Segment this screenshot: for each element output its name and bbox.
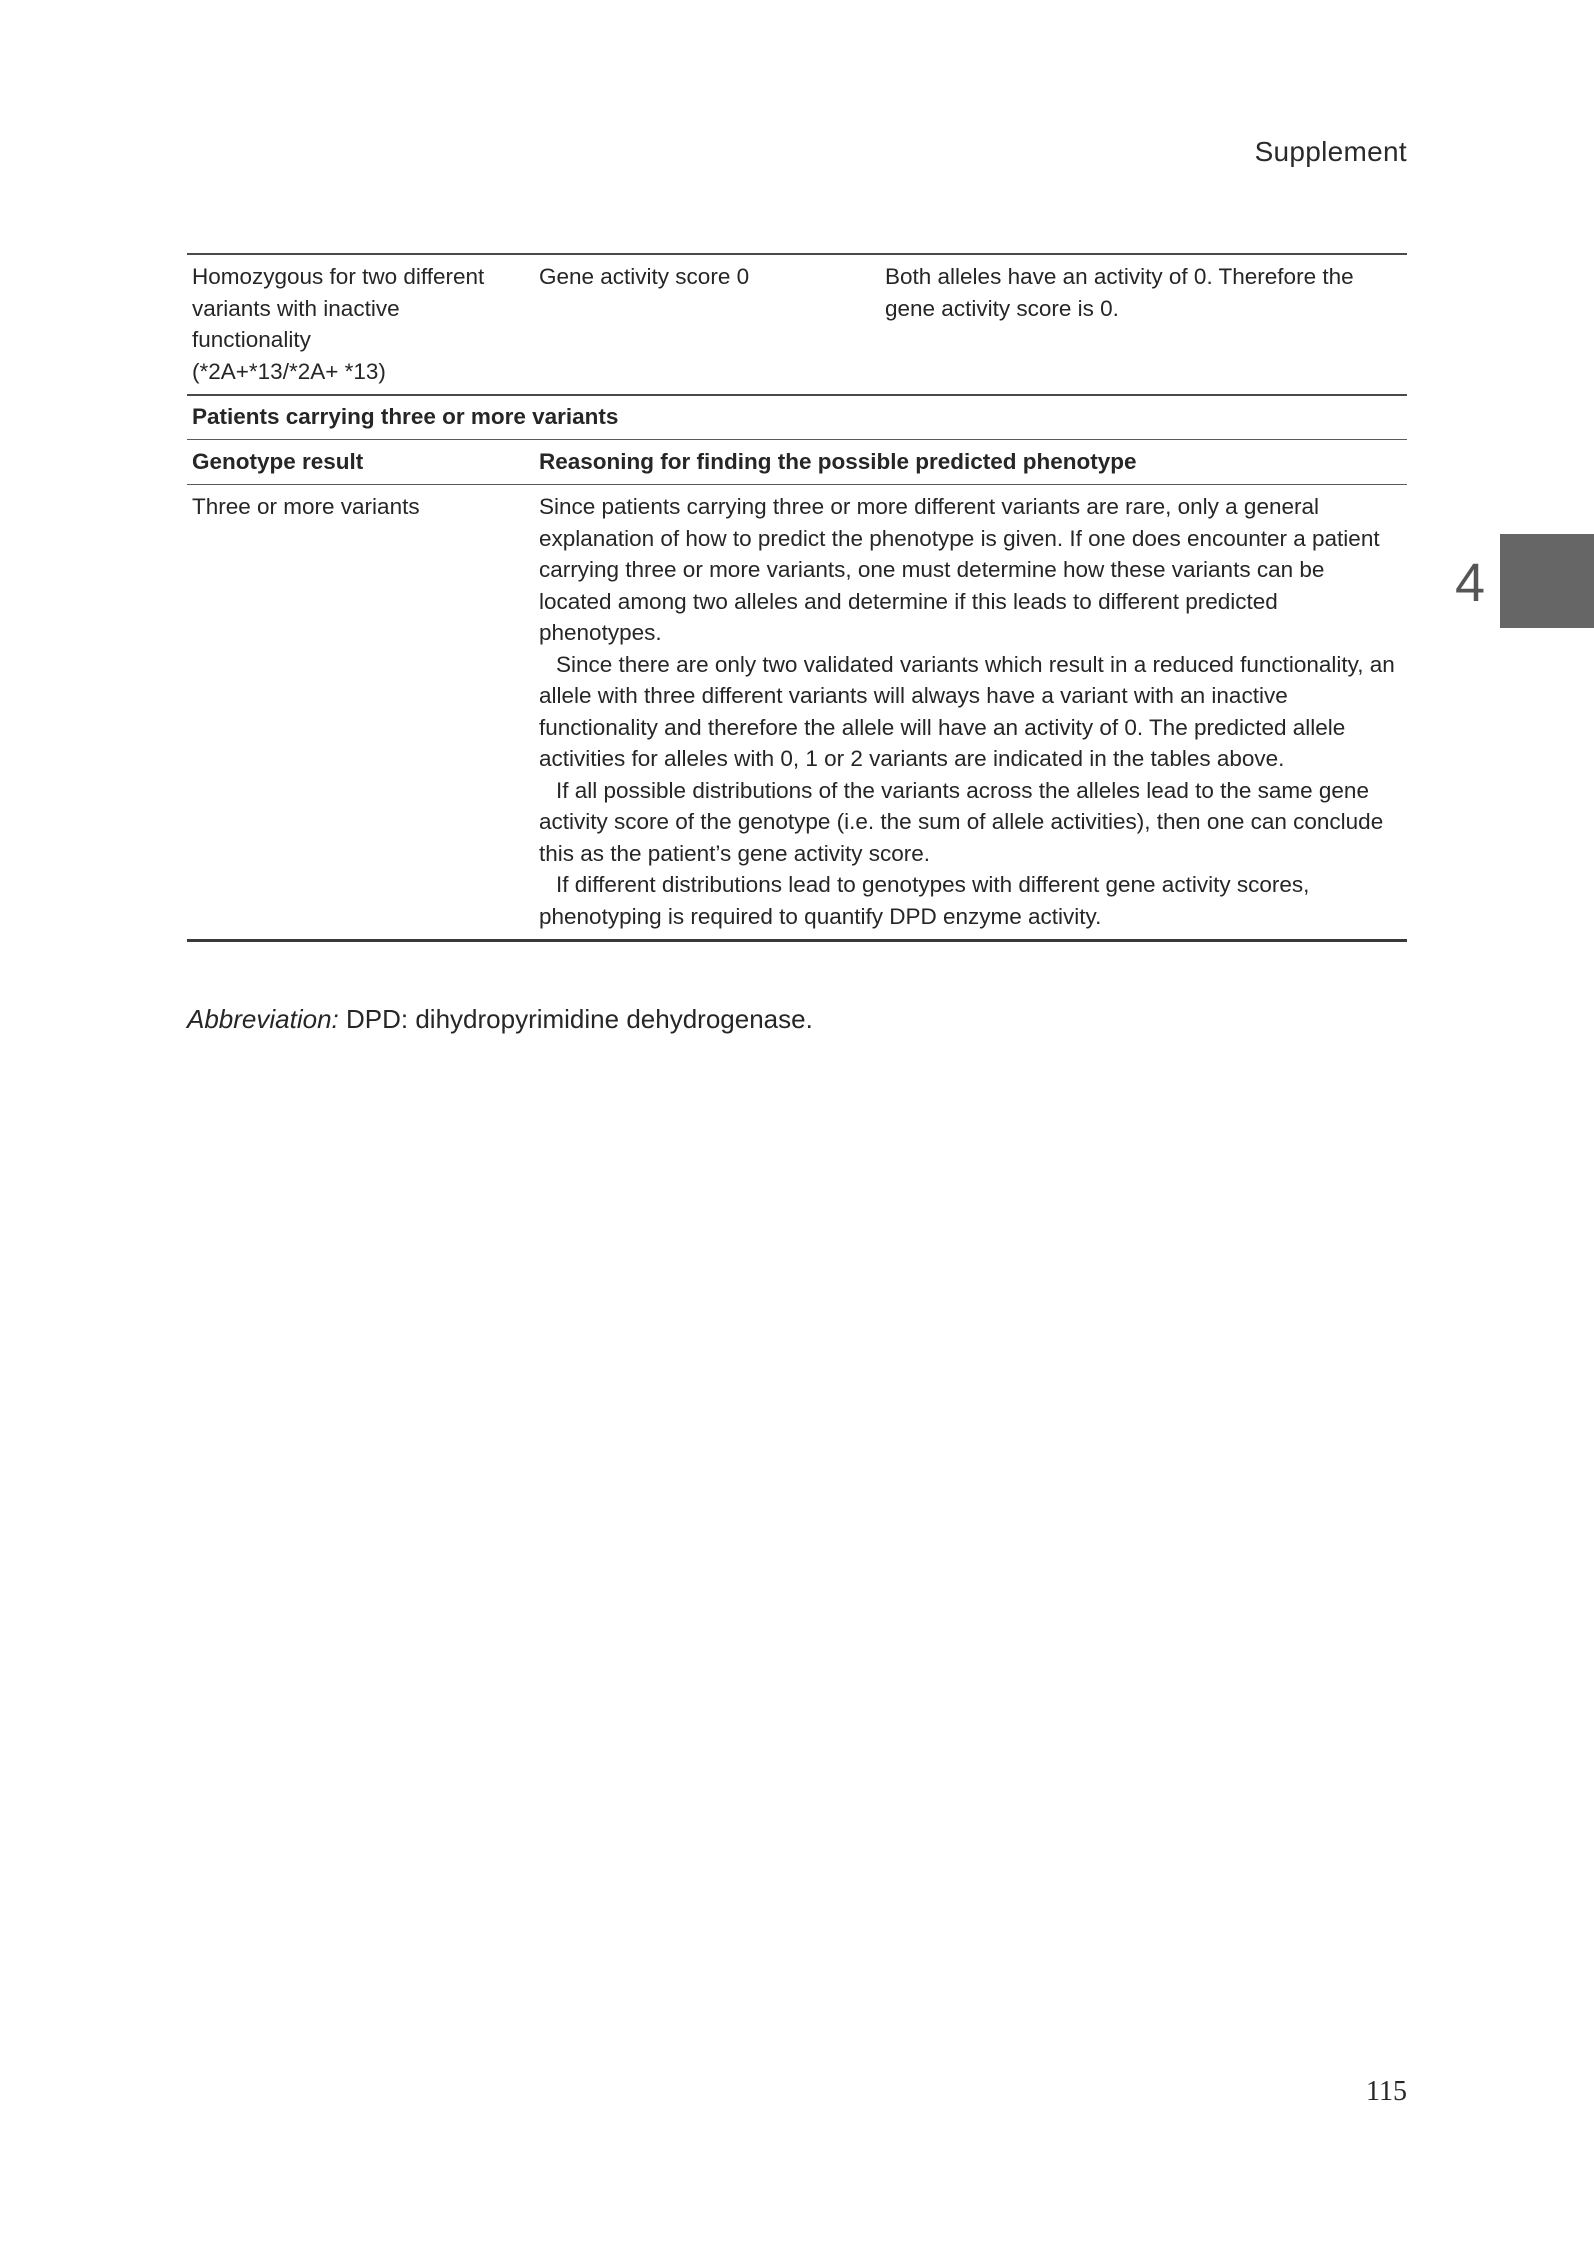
table-bottom-rule <box>187 939 1407 942</box>
genotype-cell: Homozygous for two different variants wi… <box>187 255 534 394</box>
genotype-cell: Three or more variants <box>187 485 534 939</box>
genotype-table: Homozygous for two different variants wi… <box>187 253 1407 942</box>
page-number: 115 <box>1366 2076 1407 2108</box>
genotype-line: Homozygous for two different <box>192 261 529 293</box>
table-row: Three or more variants Since patients ca… <box>187 485 1407 939</box>
activity-score-cell: Gene activity score 0 <box>534 255 880 394</box>
running-head: Supplement <box>1255 136 1407 168</box>
section-title: Patients carrying three or more variants <box>187 396 1407 439</box>
table-header-row: Genotype result Reasoning for finding th… <box>187 440 1407 485</box>
table-row: Homozygous for two different variants wi… <box>187 255 1407 394</box>
genotype-line: (*2A+*13/*2A+ *13) <box>192 356 529 388</box>
chapter-thumb-tab <box>1500 534 1594 628</box>
column-header-genotype: Genotype result <box>187 440 534 485</box>
genotype-line: variants with inactive <box>192 293 529 325</box>
abbreviation-text: DPD: dihydropyrimidine dehydrogenase. <box>339 1004 813 1034</box>
reasoning-paragraph: If different distributions lead to genot… <box>539 869 1402 932</box>
reasoning-paragraph: If all possible distributions of the var… <box>539 775 1402 870</box>
reasoning-paragraph: Since patients carrying three or more di… <box>539 491 1402 649</box>
abbreviation-label: Abbreviation: <box>187 1004 339 1034</box>
chapter-number: 4 <box>1455 553 1485 613</box>
column-header-reasoning: Reasoning for finding the possible predi… <box>534 440 1407 485</box>
reasoning-paragraph: Since there are only two validated varia… <box>539 649 1402 775</box>
reasoning-cell: Since patients carrying three or more di… <box>534 485 1407 939</box>
genotype-line: functionality <box>192 324 529 356</box>
abbreviation-note: Abbreviation: DPD: dihydropyrimidine deh… <box>187 1004 813 1035</box>
explanation-cell: Both alleles have an activity of 0. Ther… <box>880 255 1407 394</box>
